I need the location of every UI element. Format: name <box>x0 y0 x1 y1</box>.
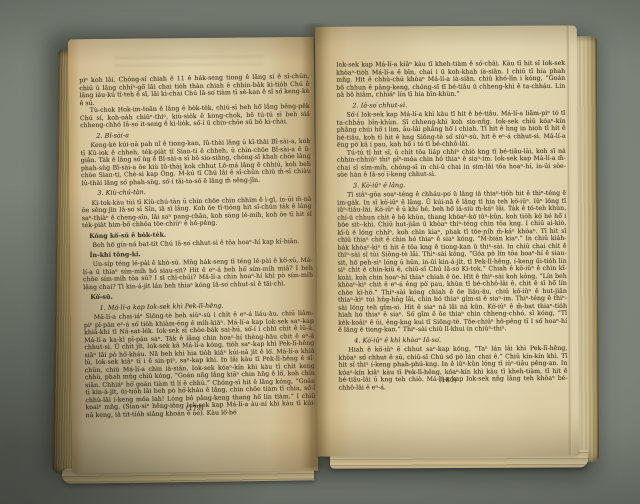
paragraph: Ki-tok-kàu tùi tī Kiù-chú-tàn ū chin chō… <box>81 195 312 229</box>
section-heading: 2. Iâ-so͘ chhut-sì. <box>336 100 565 109</box>
right-page-text: Iok-sek kap Má-lí-a kiâⁿ kàu tī kheh-tià… <box>336 60 568 392</box>
left-page: piⁿ koh lâi. Chóng-sí chiah ê 11 ê ha̍k-… <box>68 37 319 474</box>
paragraph: Tù-chok Hok-im-toān ê lâng ê bo̍k-te̍k, … <box>80 103 310 130</box>
page-crease <box>566 25 572 455</box>
page-number: (180) <box>317 375 579 384</box>
paragraph: Só͘-í Iok-sek kap Má-lí-a khì kàu tī hit… <box>336 110 565 149</box>
photo-background: piⁿ koh lâi. Chóng-sí chiah ê 11 ê ha̍k-… <box>0 0 640 504</box>
show-through-ghost-text <box>114 55 264 71</box>
paragraph: Iok-sek kap Má-lí-a kiâⁿ kàu tī kheh-tià… <box>336 60 565 99</box>
open-book: piⁿ koh lâi. Chóng-sí chiah ê 11 ê ha̍k-… <box>0 0 640 504</box>
paragraph: Keng-kè kúi-nā pah nî ê tiong-kan, Iû-th… <box>80 138 311 187</box>
paragraph: Hiah ê kò͘-iûⁿ ê chhut saⁿ-kap kóng, “Ta… <box>338 345 567 392</box>
left-page-text: piⁿ koh lâi. Chóng-sí chiah ê 11 ê ha̍k-… <box>79 73 316 419</box>
bold-heading: Kò͘-sū. <box>83 290 313 302</box>
section-heading: 4. Kò͘-iûⁿ ê khì khòaⁿ Iâ-so͘. <box>338 335 567 344</box>
paragraph: Tī siâⁿ-gōa soaⁿ-téng ê chháu-po͘ ū lâng… <box>337 190 567 334</box>
right-page: Iok-sek kap Má-lí-a kiâⁿ kàu tī kheh-tià… <box>315 25 579 456</box>
section-heading: 3. Kò͘-iûⁿ ê lâng. <box>337 180 566 189</box>
paragraph: Tú-tú tī hit sî, ū chi̍t tōa lia̍p chhiⁿ… <box>337 147 566 179</box>
paragraph: piⁿ koh lâi. Chóng-sí chiah ê 11 ê ha̍k-… <box>79 73 310 107</box>
paragraph: Un-si̍p téng lé-pài ê khò-sū. Mn̄g ha̍k-… <box>83 257 314 291</box>
